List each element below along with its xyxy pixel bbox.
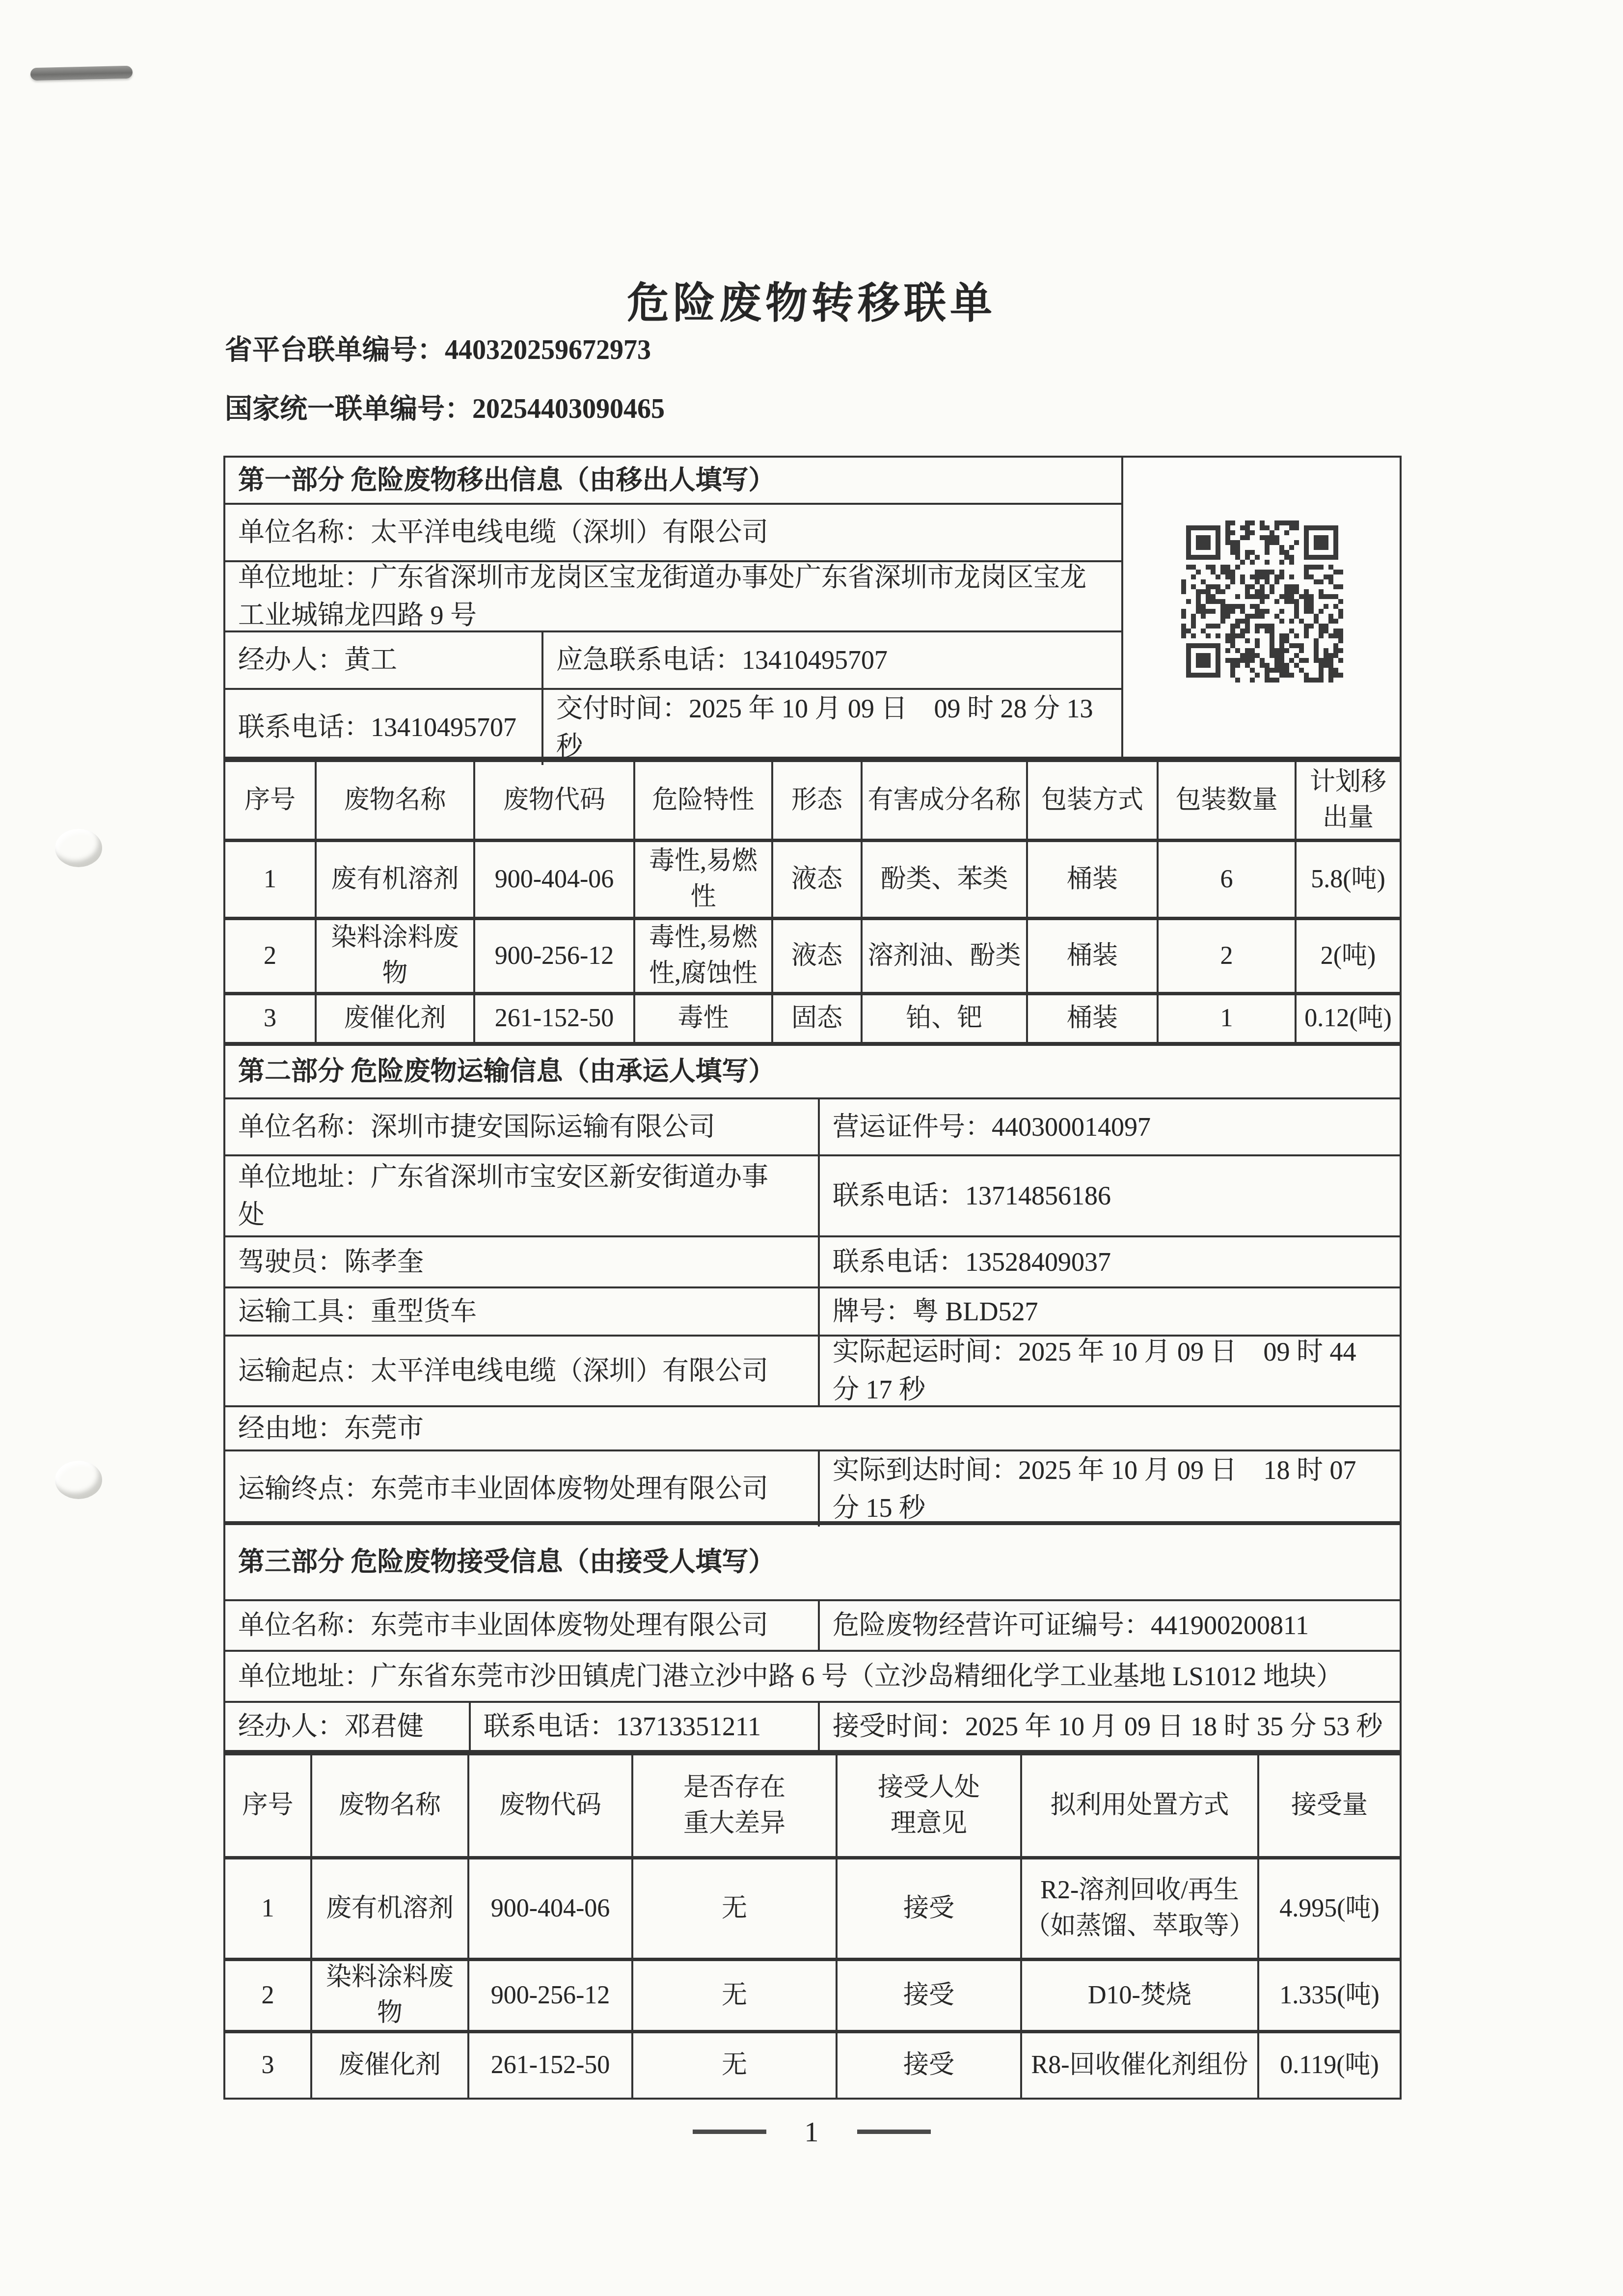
part2-arrive-time: 实际到达时间：2025 年 10 月 09 日 18 时 07 分 15 秒 [820,1451,1400,1527]
table-header-cell: 序号 [225,762,317,839]
table-cell: 桶装 [1028,917,1159,992]
part2-depart-time: 实际起运时间：2025 年 10 月 09 日 09 时 44 分 17 秒 [820,1337,1400,1405]
part3-company-address: 单位地址：广东省东莞市沙田镇虎门港立沙中路 6 号（立沙岛精细化学工业基地 LS… [225,1652,1400,1701]
part2-via-place: 经由地：东莞市 [225,1407,1400,1449]
hole-punch-mark [55,829,102,867]
table-cell: 900-256-12 [469,1958,633,2030]
table-header-cell: 废物代码 [475,762,635,839]
table-cell: 0.119(吨) [1259,2030,1400,2098]
part1-company-name: 单位名称：太平洋电线电缆（深圳）有限公司 [225,505,1121,560]
table-cell: 2 [225,1958,312,2030]
table-header-cell: 废物代码 [469,1755,633,1856]
table-cell: 900-256-12 [475,917,635,992]
table-cell: 接受 [838,2030,1022,2098]
table-cell: 无 [633,1856,838,1958]
part1-generator-section: 第一部分 危险废物移出信息（由移出人填写） 单位名称：太平洋电线电缆（深圳）有限… [223,456,1402,759]
table-cell: 无 [633,2030,838,2098]
table-cell: 261-152-50 [469,2030,633,2098]
table-cell: R8-回收催化剂组份 [1022,2030,1259,2098]
table-cell: 6 [1159,839,1297,917]
part2-driver: 驾驶员：陈孝奎 [225,1237,820,1286]
table-cell: 铂、钯 [863,992,1028,1042]
table-header-cell: 危险特性 [635,762,773,839]
table-header-cell: 形态 [773,762,863,839]
table-cell: 固态 [773,992,863,1042]
part1-emergency-phone: 应急联系电话：13410495707 [543,632,1121,688]
qr-code-image [1181,520,1343,683]
part1-company-address: 单位地址：广东省深圳市龙岗区宝龙街道办事处广东省深圳市龙岗区宝龙工业城锦龙四路 … [225,562,1121,630]
table-cell: 3 [225,992,317,1042]
table-header-cell: 废物名称 [317,762,475,839]
part3-receiver-section: 第三部分 危险废物接受信息（由接受人填写） 单位名称：东莞市丰业固体废物处理有限… [223,1523,1402,1752]
table-cell: D10-焚烧 [1022,1958,1259,2030]
table-cell: 废催化剂 [317,992,475,1042]
footer-dash [693,2130,766,2134]
part3-company-name: 单位名称：东莞市丰业固体废物处理有限公司 [225,1601,820,1650]
footer-page-number: 1 [805,2115,819,2148]
part3-section-title: 第三部分 危险废物接受信息（由接受人填写） [225,1525,1400,1599]
table-cell: 无 [633,1958,838,2030]
part1-section-title: 第一部分 危险废物移出信息（由移出人填写） [225,458,1121,503]
table-cell: 900-404-06 [469,1856,633,1958]
part3-agent: 经办人：邓君健 [225,1703,471,1750]
table-cell: 桶装 [1028,992,1159,1042]
table-cell: 1.335(吨) [1259,1958,1400,2030]
part3-permit-number: 危险废物经营许可证编号：441900200811 [820,1601,1400,1650]
table-cell: 毒性 [635,992,773,1042]
part2-vehicle: 运输工具：重型货车 [225,1288,820,1335]
table-header-cell: 废物名称 [312,1755,469,1856]
footer-dash [857,2130,931,2134]
table-cell: 3 [225,2030,312,2098]
part1-agent: 经办人：黄工 [225,632,543,688]
part1-fields: 第一部分 危险废物移出信息（由移出人填写） 单位名称：太平洋电线电缆（深圳）有限… [225,458,1123,757]
table-cell: 2 [225,917,317,992]
table-header-cell: 拟利用处置方式 [1022,1755,1259,1856]
table-cell: 1 [1159,992,1297,1042]
page-title: 危险废物转移联单 [0,269,1623,330]
part2-plate-number: 牌号：粤 BLD527 [820,1288,1400,1335]
table-cell: 染料涂料废物 [312,1958,469,2030]
table-cell: 0.12(吨) [1297,992,1400,1042]
table-header-cell: 是否存在重大差异 [633,1755,838,1856]
table-cell: 900-404-06 [475,839,635,917]
staple-mark [30,66,133,81]
part2-destination: 运输终点：东莞市丰业固体废物处理有限公司 [225,1451,820,1527]
table-cell: 1 [225,839,317,917]
table-header-cell: 有害成分名称 [863,762,1028,839]
table-cell: 毒性,易燃性 [635,839,773,917]
part1-delivery-time: 交付时间：2025 年 10 月 09 日 09 时 28 分 13 秒 [543,690,1121,765]
table-header-cell: 序号 [225,1755,312,1856]
table-cell: 2 [1159,917,1297,992]
table-cell: 液态 [773,917,863,992]
part2-transporter-section: 第二部分 危险废物运输信息（由承运人填写） 单位名称：深圳市捷安国际运输有限公司… [223,1044,1402,1523]
part1-contact-phone: 联系电话：13410495707 [225,690,543,765]
table-cell: 废催化剂 [312,2030,469,2098]
waste-out-table: 序号 废物名称 废物代码 危险特性 形态 有害成分名称 包装方式 包装数量 计划… [223,759,1402,1044]
table-cell: 接受 [838,1958,1022,2030]
part3-accept-time: 接受时间：2025 年 10 月 09 日 18 时 35 分 53 秒 [820,1703,1400,1750]
province-manifest-number: 省平台联单编号：440320259672973 [225,328,651,367]
table-cell: 4.995(吨) [1259,1856,1400,1958]
part2-company-name: 单位名称：深圳市捷安国际运输有限公司 [225,1099,820,1154]
table-cell: 5.8(吨) [1297,839,1400,917]
table-header-cell: 包装方式 [1028,762,1159,839]
table-cell: 废有机溶剂 [317,839,475,917]
table-cell: 桶装 [1028,839,1159,917]
part3-phone: 联系电话：13713351211 [471,1703,820,1750]
table-header-cell: 接受量 [1259,1755,1400,1856]
table-cell: 毒性,易燃性,腐蚀性 [635,917,773,992]
page-footer: 1 [0,2115,1623,2148]
table-cell: 废有机溶剂 [312,1856,469,1958]
table-header-cell: 接受人处理意见 [838,1755,1022,1856]
part2-driver-phone: 联系电话：13528409037 [820,1237,1400,1286]
part2-origin: 运输起点：太平洋电线电缆（深圳）有限公司 [225,1337,820,1405]
part2-section-title: 第二部分 危险废物运输信息（由承运人填写） [225,1046,1400,1097]
table-cell: 2(吨) [1297,917,1400,992]
part2-license-number: 营运证件号：440300014097 [820,1099,1400,1154]
part2-company-address: 单位地址：广东省深圳市宝安区新安街道办事处 [225,1156,820,1235]
table-cell: 溶剂油、酚类 [863,917,1028,992]
table-cell: 接受 [838,1856,1022,1958]
table-cell: R2-溶剂回收/再生（如蒸馏、萃取等） [1022,1856,1259,1958]
hole-punch-mark [55,1461,102,1499]
table-cell: 1 [225,1856,312,1958]
table-header-cell: 包装数量 [1159,762,1297,839]
qr-code-cell [1123,458,1400,757]
table-cell: 261-152-50 [475,992,635,1042]
part2-phone: 联系电话：13714856186 [820,1156,1400,1235]
national-manifest-number: 国家统一联单编号：20254403090465 [225,387,665,426]
waste-accept-table: 序号 废物名称 废物代码 是否存在重大差异 接受人处理意见 拟利用处置方式 接受… [223,1752,1402,2100]
table-header-cell: 计划移出量 [1297,762,1400,839]
scanned-manifest-page: 危险废物转移联单 省平台联单编号：440320259672973 国家统一联单编… [0,0,1623,2296]
table-cell: 染料涂料废物 [317,917,475,992]
table-cell: 酚类、苯类 [863,839,1028,917]
table-cell: 液态 [773,839,863,917]
